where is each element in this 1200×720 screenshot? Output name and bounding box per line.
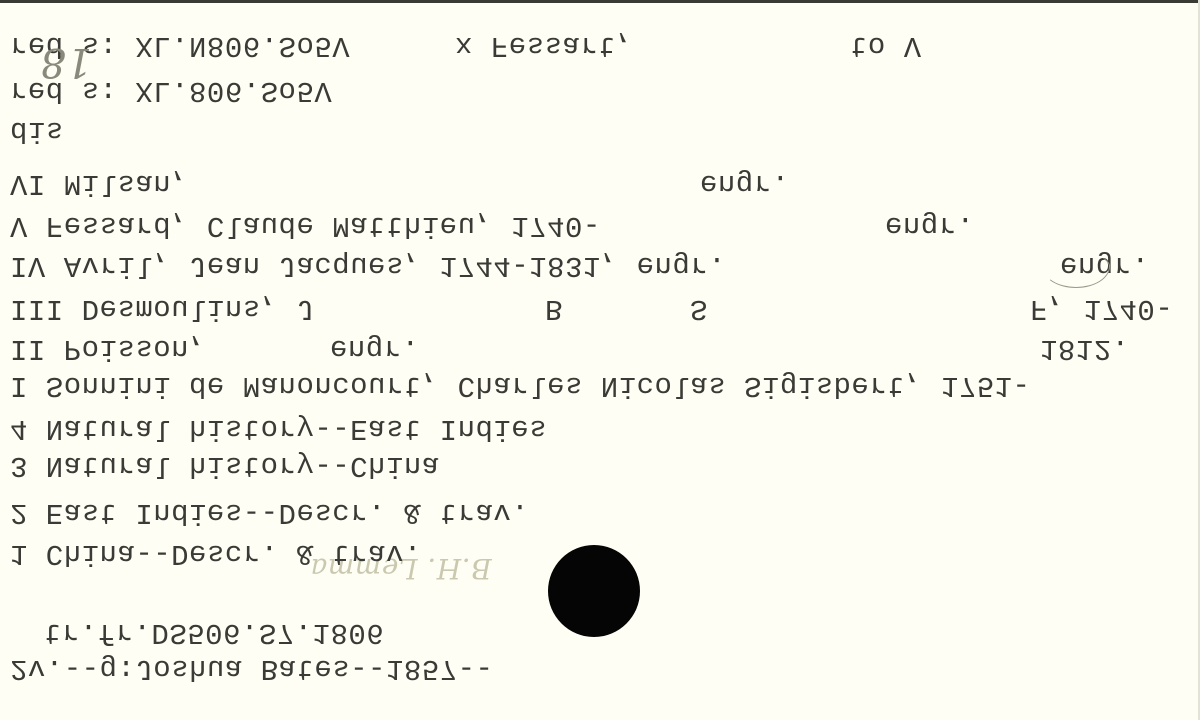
punch-hole (548, 545, 640, 637)
added-entry-3-initial-s: S (690, 294, 708, 323)
added-entry-2-dates: 1812. (1040, 334, 1130, 363)
added-entry-3-extra: F, 1740- (1030, 294, 1173, 323)
added-entry-2-role: engr. (330, 334, 420, 363)
note-cross-ref: x Fessart, (455, 31, 634, 60)
tracing-3: 3 Natural history--China (10, 451, 440, 480)
call-number-line-1: 2v.--g:Joshua Bates--1857-- (10, 654, 493, 683)
tracing-1: 1 China--Descr. & trav. (10, 539, 422, 568)
added-entry-1: I Sonnini de Manoncourt, Charles Nicolas… (10, 371, 1030, 400)
added-entry-6: VI Milsan, (10, 169, 189, 198)
added-entry-5: V Fessard, Claude Matthieu, 1740- (10, 211, 601, 240)
added-entry-5-role: engr. (885, 211, 975, 240)
added-entry-3-initial-b: B (545, 294, 563, 323)
pencil-circle-mark (1042, 252, 1110, 288)
added-entry-3: III Desmoulins, J (10, 294, 314, 323)
pencil-number: 18 (40, 39, 92, 85)
note-see: to V (850, 31, 922, 60)
tracing-2: 2 East Indies--Descr. & trav. (10, 498, 529, 527)
added-entry-4: IV Avril, Jean Jacques, 1744-1831, engr. (10, 251, 726, 280)
card-edge (0, 0, 1200, 3)
added-entry-2: II Poisson, (10, 334, 207, 363)
catalog-card: 2v.--g:Joshua Bates--1857-- tr.fr.DS506.… (0, 0, 1200, 720)
call-number-line-2: tr.fr.DS506.S7.1806 (44, 618, 384, 647)
tracing-4: 4 Natural history--East Indies (10, 414, 547, 443)
note-dis: dis (10, 116, 64, 145)
added-entry-6-role: engr. (700, 169, 790, 198)
